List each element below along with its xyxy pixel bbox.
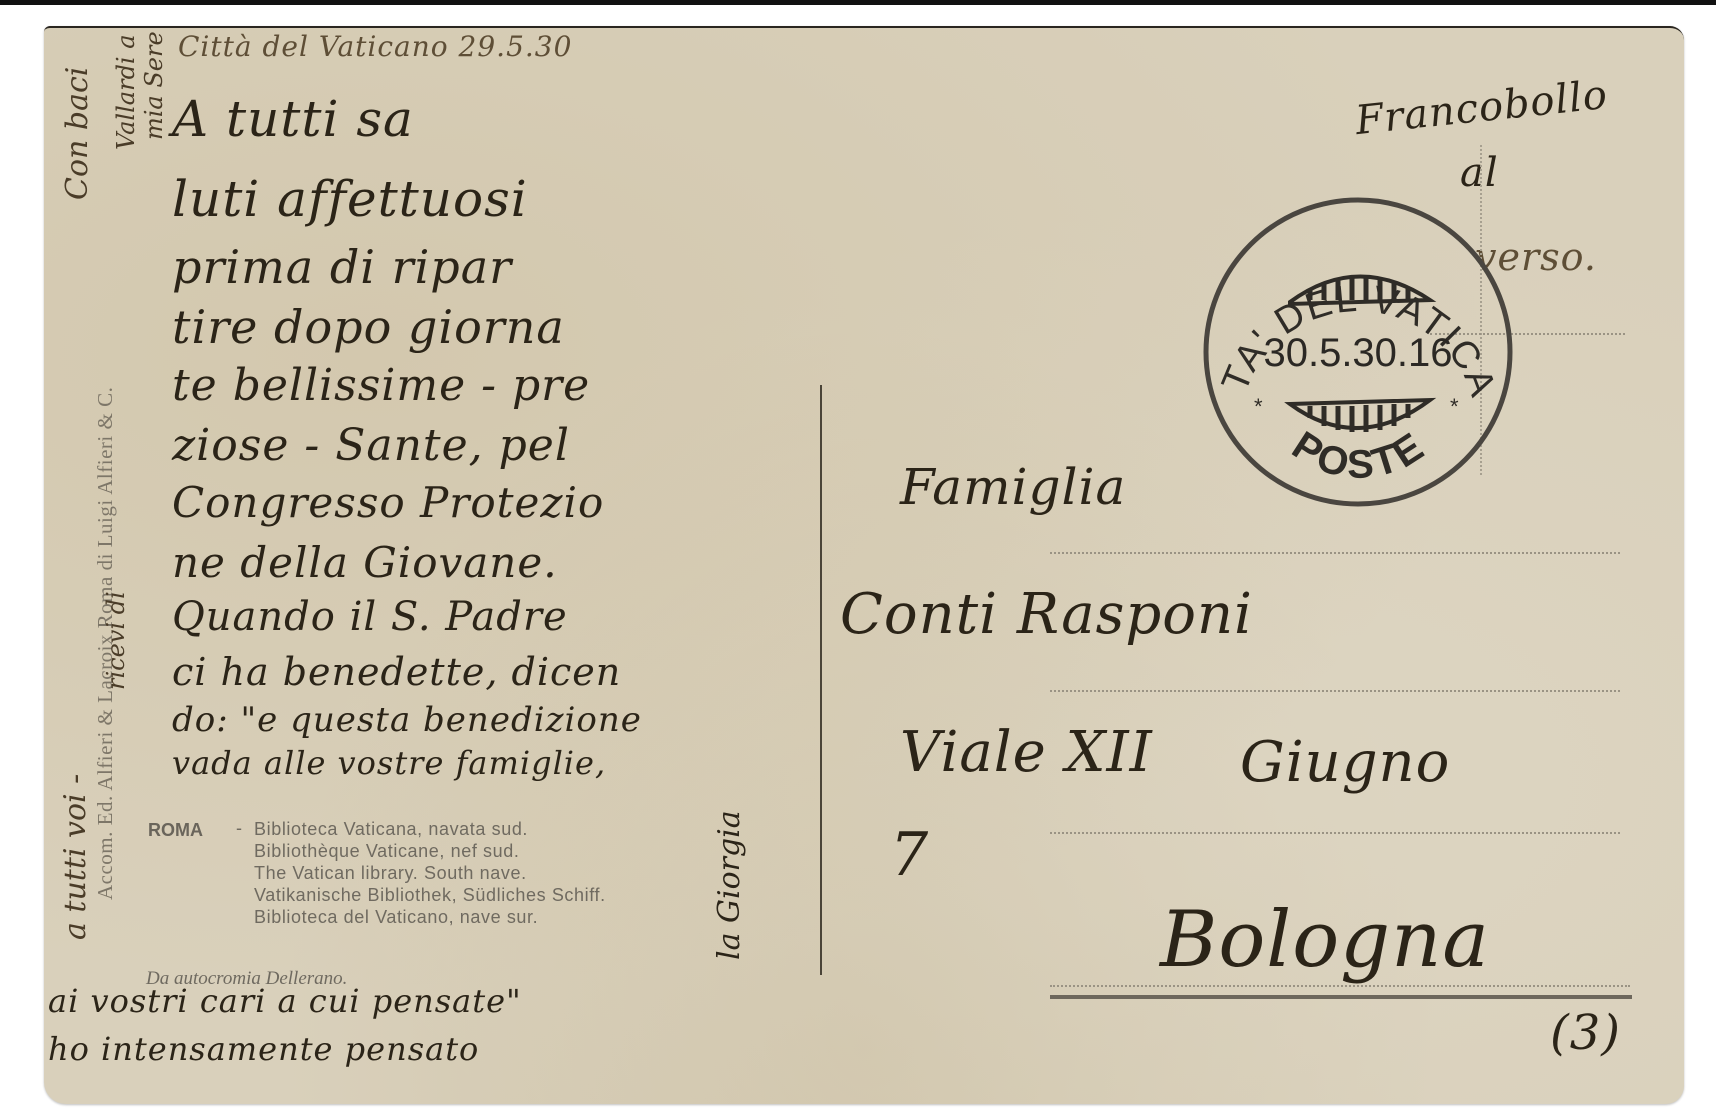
address-line-1: Famiglia	[900, 458, 1126, 516]
vatican-postmark: CITTA' DEL VATICANO 30.5.30.16 * * POSTE	[1198, 192, 1518, 512]
postmark-bottom-text: POSTE	[1284, 423, 1433, 487]
address-house-number: 7	[890, 820, 929, 890]
message-line: Quando il S. Padre	[172, 594, 568, 640]
caption-line: Vatikanische Bibliothek, Südliches Schif…	[254, 884, 606, 906]
margin-note: a tutti voi -	[58, 774, 93, 940]
address-district: (3)	[1550, 1005, 1621, 1061]
caption-city: ROMA	[148, 820, 203, 841]
message-line: prima di ripar	[172, 240, 512, 294]
margin-note: Vallardi a	[112, 34, 140, 150]
message-line: Congresso Protezio	[172, 478, 604, 527]
message-line: ho intensamente pensato	[48, 1030, 479, 1068]
scan-top-edge	[0, 0, 1716, 5]
message-place-date: Città del Vaticano 29.5.30	[178, 30, 572, 63]
caption-separator: -	[236, 818, 242, 839]
address-line-guide	[1050, 832, 1620, 834]
message-line: luti affettuosi	[172, 170, 528, 228]
signature: la Giorgia	[712, 810, 747, 960]
caption-line: The Vatican library. South nave.	[254, 862, 606, 884]
margin-note: mia Sere	[140, 31, 168, 140]
message-line: do: "e questa benedizione	[172, 700, 642, 740]
address-line-guide	[1050, 690, 1620, 692]
margin-note: ricevi di	[102, 591, 130, 690]
caption-block: Biblioteca Vaticana, navata sud. Bibliot…	[254, 818, 606, 928]
message-line: A tutti sa	[172, 90, 414, 148]
address-city: Bologna	[1160, 895, 1490, 985]
caption-line: Biblioteca Vaticana, navata sud.	[254, 818, 606, 840]
card-divider	[820, 385, 822, 975]
caption-line: Bibliothèque Vaticane, nef sud.	[254, 840, 606, 862]
message-line: tire dopo giorna	[172, 300, 565, 354]
address-underline	[1050, 995, 1632, 999]
address-line-2: Conti Rasponi	[840, 582, 1253, 647]
address-street-rest: Giugno	[1240, 730, 1450, 795]
caption-line: Biblioteca del Vaticano, nave sur.	[254, 906, 606, 928]
postmark-star-left: *	[1254, 394, 1263, 419]
postmark-star-right: *	[1450, 394, 1459, 419]
address-line-guide	[1050, 985, 1630, 987]
margin-note: Con baci	[60, 67, 95, 200]
photo-credit: Da autocromia Dellerano.	[146, 968, 347, 990]
address-line-guide	[1050, 552, 1620, 554]
message-line: te bellissime - pre	[172, 360, 590, 411]
message-line: ne della Giovane.	[172, 538, 558, 587]
message-line: vada alle vostre famiglie,	[172, 744, 606, 782]
message-line: ziose - Sante, pel	[172, 420, 570, 471]
message-line: ci ha benedette, dicen	[172, 650, 621, 694]
postmark-date: 30.5.30.16	[1263, 331, 1452, 375]
address-street: Viale XII	[900, 720, 1153, 785]
